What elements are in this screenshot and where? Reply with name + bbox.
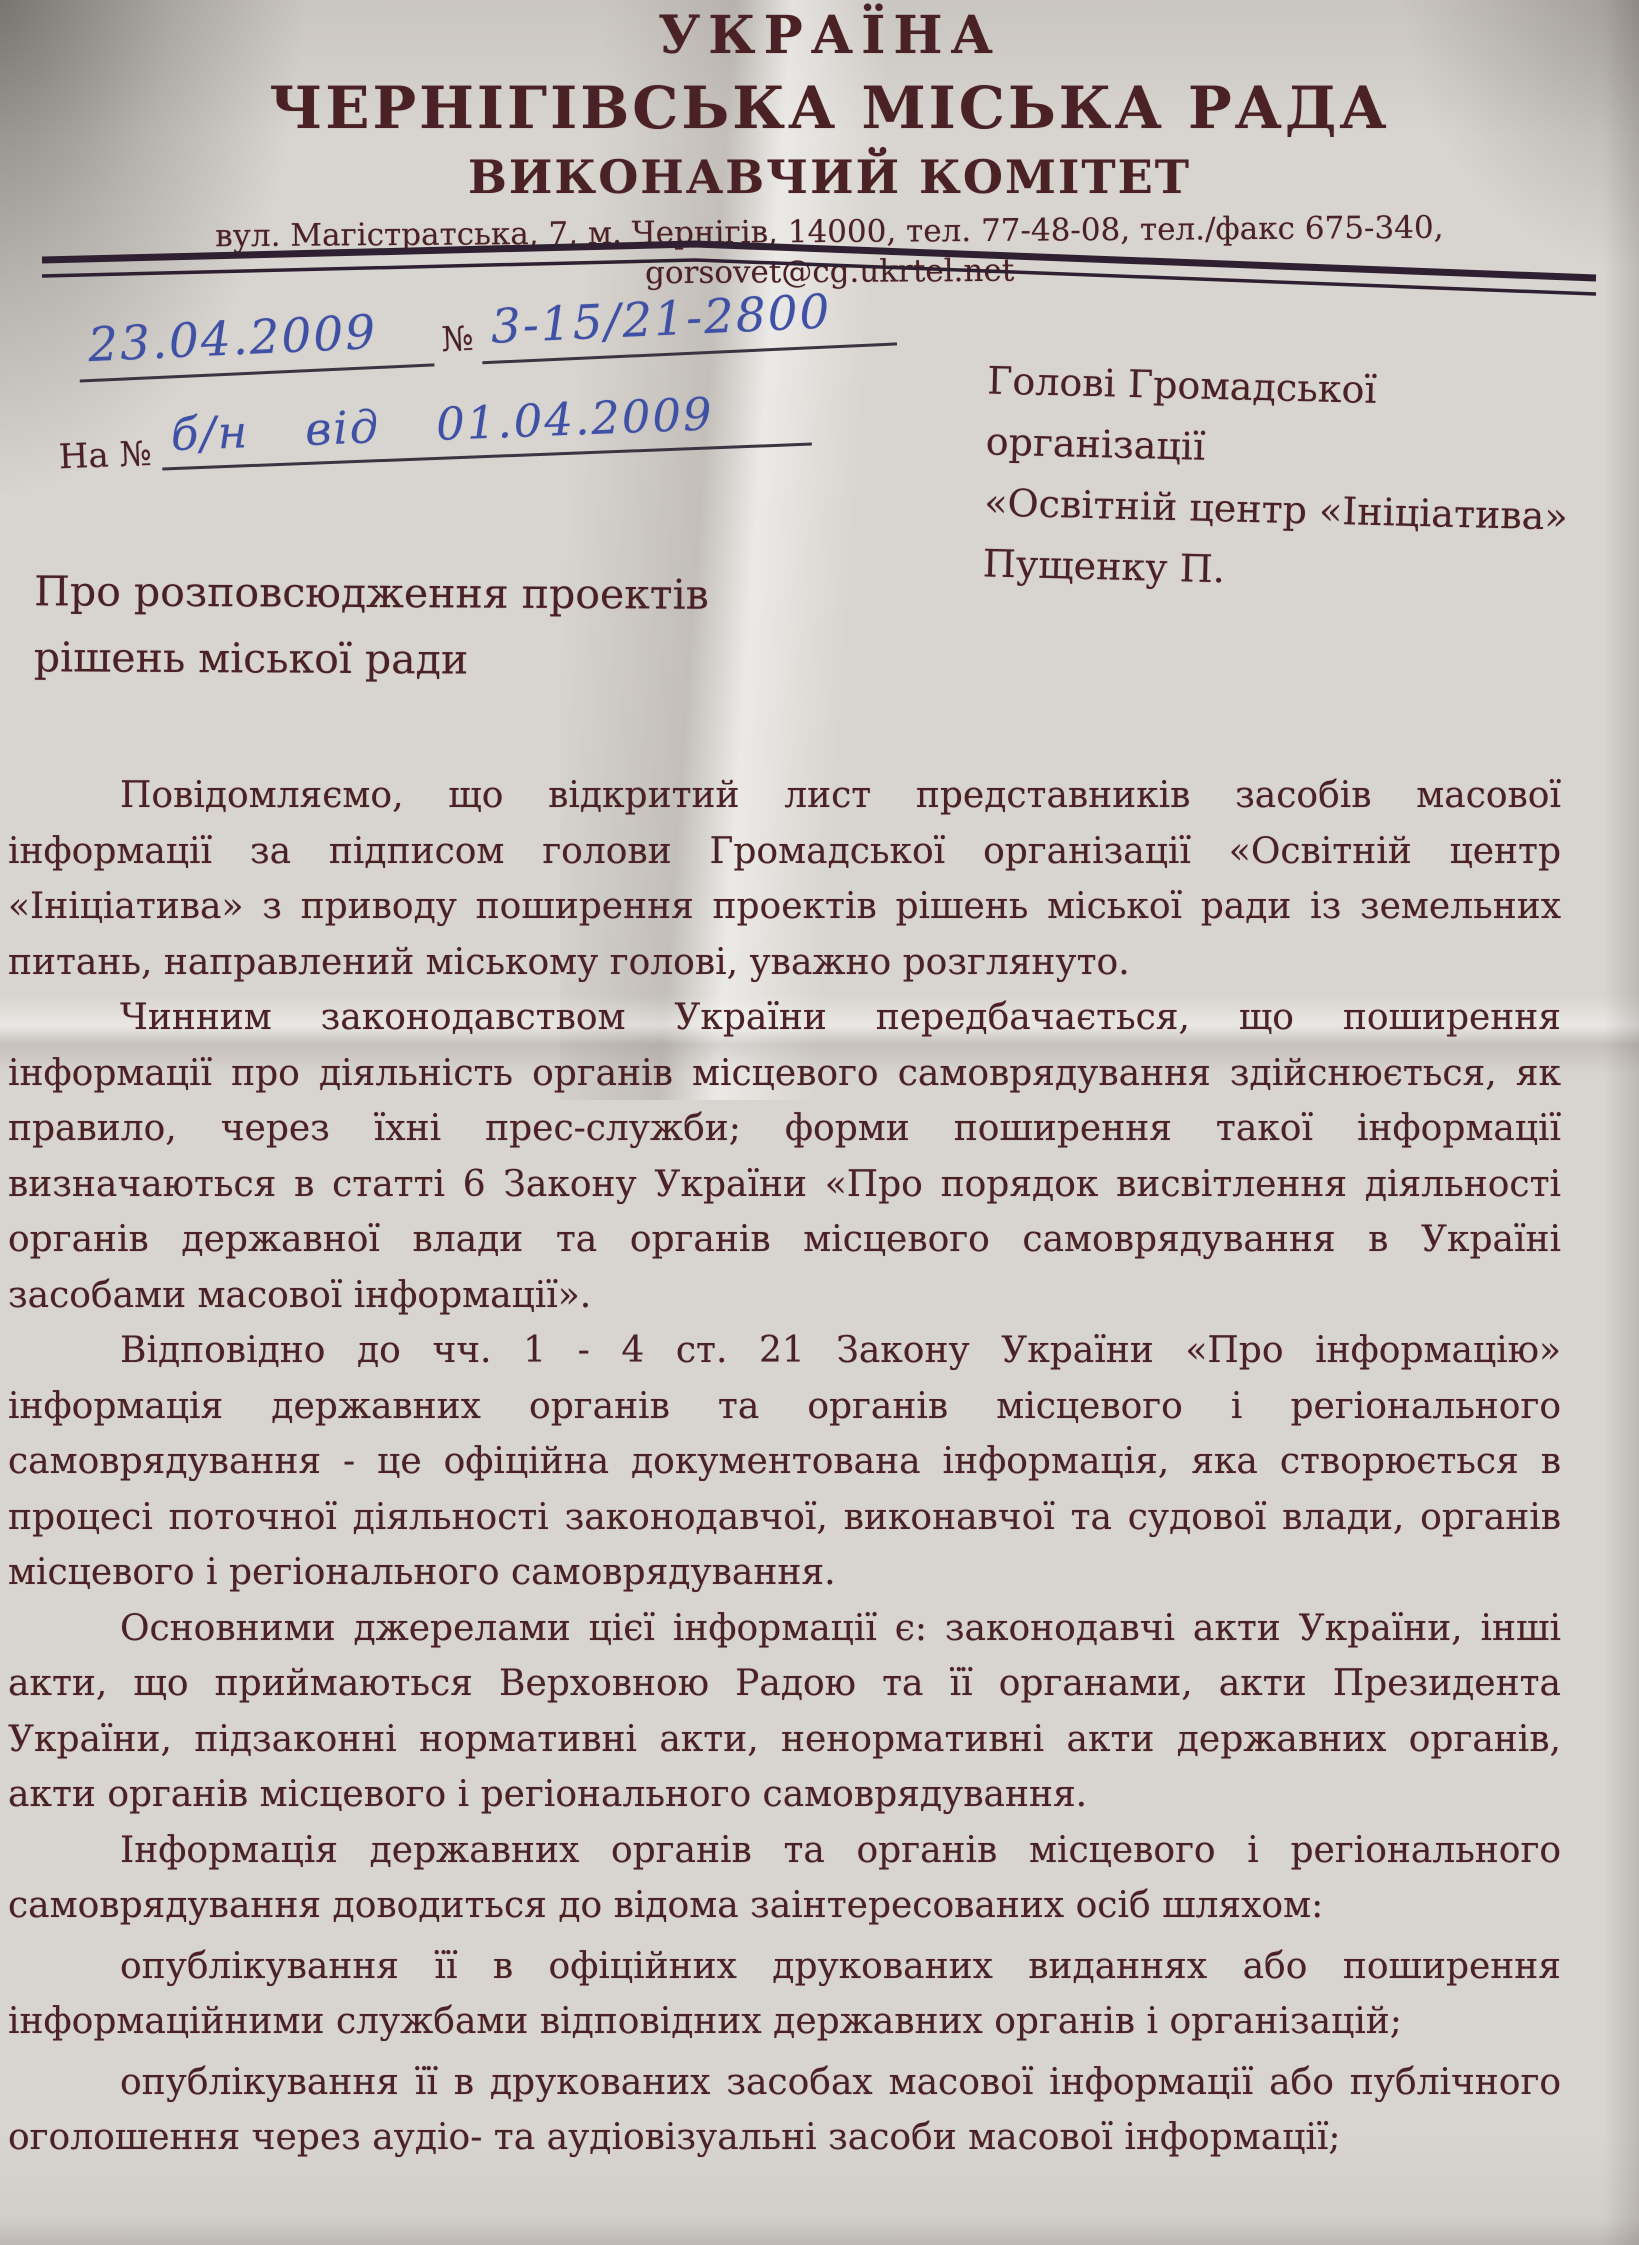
letterhead-committee: ВИКОНАВЧИЙ КОМІТЕТ	[60, 148, 1599, 206]
subject-line-2: рішень міської ради	[34, 624, 714, 694]
letter-body: Повідомляємо, що відкритий лист представ…	[8, 768, 1561, 2166]
body-paragraph: Інформація державних органів та органів …	[8, 1823, 1561, 1934]
scan-shadow-right-edge	[1603, 0, 1639, 2245]
body-paragraph: Чинним законодавством України передбачає…	[8, 990, 1561, 1323]
handwritten-reply-preposition: від	[304, 400, 381, 456]
body-paragraph: Повідомляємо, що відкритий лист представ…	[8, 768, 1561, 990]
scan-shadow-bottom-edge	[0, 2219, 1639, 2245]
handwritten-reply-date: 01.04.2009	[435, 387, 714, 451]
letterhead-council-name: ЧЕРНІГІВСЬКА МІСЬКА РАДА	[60, 72, 1599, 144]
handwritten-outgoing-date: 23.04.2009	[77, 302, 435, 382]
body-paragraph: Основними джерелами цієї інформації є: з…	[8, 1601, 1561, 1823]
reference-reply-row: На №б/нвід01.04.2009	[57, 384, 812, 475]
recipient-block: Голові Громадської організації «Освітній…	[982, 350, 1608, 609]
number-sign: №	[440, 319, 474, 360]
letterhead-country: УКРАЇНА	[60, 6, 1599, 66]
reply-to-label: На №	[58, 434, 152, 478]
subject-block: Про розповсюдження проектів рішень міськ…	[34, 558, 715, 694]
body-paragraph: опублікування її в офіційних друкованих …	[8, 1939, 1561, 2050]
handwritten-reply-reference: б/нвід01.04.2009	[160, 384, 812, 471]
handwritten-reply-number: б/н	[170, 405, 250, 461]
body-paragraph: Відповідно до чч. 1 - 4 ст. 21 Закону Ук…	[8, 1323, 1561, 1601]
body-paragraph: опублікування її в друкованих засобах ма…	[8, 2055, 1561, 2166]
scanned-letter-page: { "letterhead": { "country": "УКРАЇНА", …	[0, 0, 1639, 2245]
recipient-title: Голові Громадської організації	[985, 350, 1608, 487]
subject-line-1: Про розповсюдження проектів	[34, 558, 714, 628]
